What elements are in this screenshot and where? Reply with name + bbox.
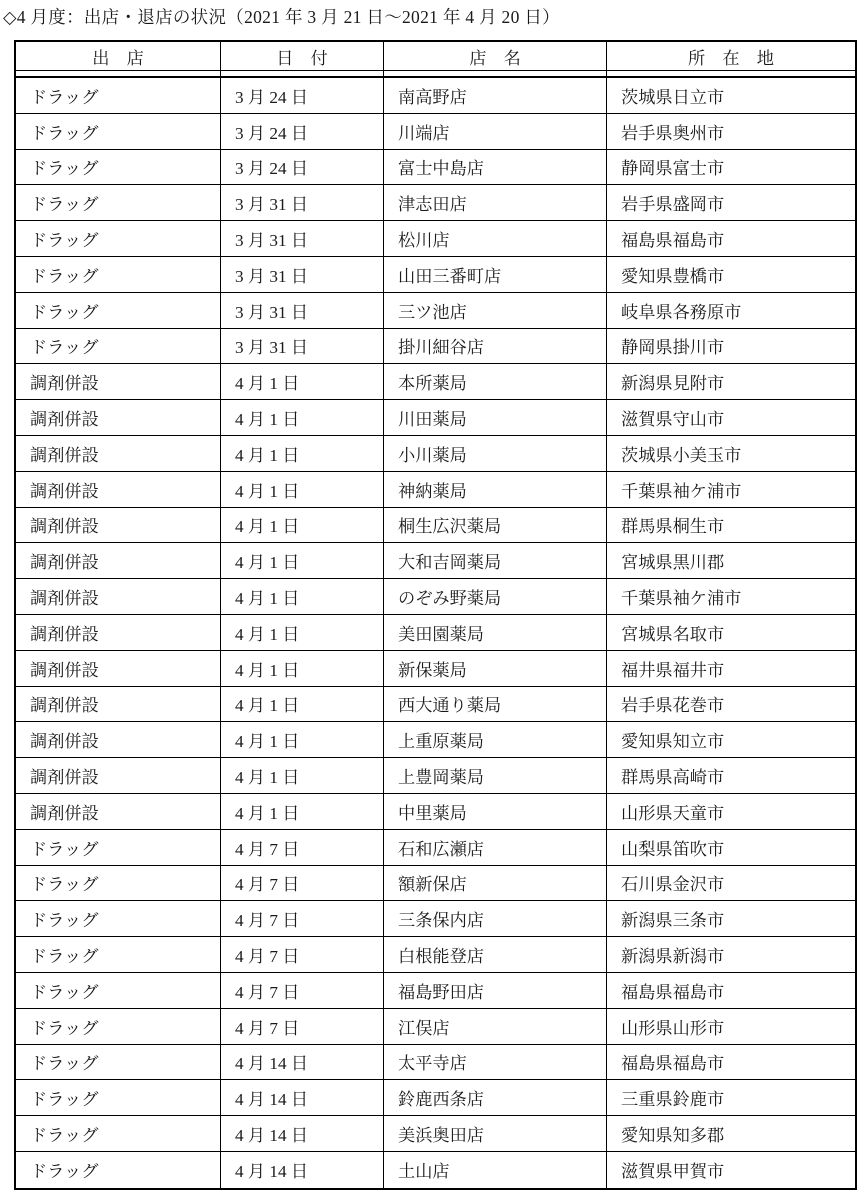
cell-date: 4 月 1 日	[221, 436, 384, 471]
cell-store-type: 調剤併設	[16, 687, 221, 722]
table-row: ドラッグ 4 月 7 日 石和広瀬店 山梨県笛吹市	[16, 830, 855, 866]
cell-store-type: 調剤併設	[16, 364, 221, 399]
table-row: ドラッグ 4 月 7 日 江俣店 山形県山形市	[16, 1009, 855, 1045]
cell-store-name: 大和吉岡薬局	[384, 543, 607, 578]
table-row: ドラッグ 3 月 31 日 松川店 福島県福島市	[16, 221, 855, 257]
table-row: 調剤併設 4 月 1 日 桐生広沢薬局 群馬県桐生市	[16, 508, 855, 544]
cell-date: 4 月 1 日	[221, 364, 384, 399]
cell-store-type: ドラッグ	[16, 830, 221, 865]
column-header-date: 日 付	[221, 42, 384, 70]
cell-location: 山形県山形市	[607, 1009, 855, 1044]
table-row: 調剤併設 4 月 1 日 西大通り薬局 岩手県花巻市	[16, 687, 855, 723]
cell-store-name: 石和広瀬店	[384, 830, 607, 865]
table-row: 調剤併設 4 月 1 日 上豊岡薬局 群馬県高崎市	[16, 758, 855, 794]
cell-date: 4 月 1 日	[221, 615, 384, 650]
cell-location: 岐阜県各務原市	[607, 293, 855, 328]
cell-store-name: 白根能登店	[384, 937, 607, 972]
table-row: 調剤併設 4 月 1 日 のぞみ野薬局 千葉県袖ケ浦市	[16, 579, 855, 615]
cell-store-name: 太平寺店	[384, 1045, 607, 1080]
cell-date: 4 月 1 日	[221, 508, 384, 543]
cell-date: 4 月 1 日	[221, 687, 384, 722]
cell-store-type: ドラッグ	[16, 1152, 221, 1188]
cell-store-type: 調剤併設	[16, 400, 221, 435]
cell-store-name: 南高野店	[384, 78, 607, 113]
table-row: ドラッグ 3 月 31 日 山田三番町店 愛知県豊橋市	[16, 257, 855, 293]
cell-date: 4 月 7 日	[221, 937, 384, 972]
table-row: ドラッグ 4 月 7 日 白根能登店 新潟県新潟市	[16, 937, 855, 973]
cell-location: 滋賀県守山市	[607, 400, 855, 435]
cell-store-type: 調剤併設	[16, 615, 221, 650]
cell-date: 3 月 31 日	[221, 293, 384, 328]
cell-store-name: 神納薬局	[384, 472, 607, 507]
cell-store-type: 調剤併設	[16, 579, 221, 614]
cell-date: 4 月 14 日	[221, 1045, 384, 1080]
table-row: ドラッグ 4 月 14 日 土山店 滋賀県甲賀市	[16, 1152, 855, 1188]
cell-location: 岩手県奥州市	[607, 114, 855, 149]
cell-store-type: ドラッグ	[16, 150, 221, 185]
cell-store-type: ドラッグ	[16, 1045, 221, 1080]
cell-date: 4 月 1 日	[221, 794, 384, 829]
table-row: 調剤併設 4 月 1 日 川田薬局 滋賀県守山市	[16, 400, 855, 436]
cell-store-name: 山田三番町店	[384, 257, 607, 292]
cell-store-name: 掛川細谷店	[384, 329, 607, 364]
cell-store-type: 調剤併設	[16, 794, 221, 829]
cell-store-type: ドラッグ	[16, 114, 221, 149]
table-row: 調剤併設 4 月 1 日 小川薬局 茨城県小美玉市	[16, 436, 855, 472]
table-row: ドラッグ 3 月 24 日 南高野店 茨城県日立市	[16, 78, 855, 114]
cell-date: 4 月 7 日	[221, 901, 384, 936]
header-separator-rule	[16, 71, 855, 78]
table-row: 調剤併設 4 月 1 日 新保薬局 福井県福井市	[16, 651, 855, 687]
cell-date: 4 月 1 日	[221, 400, 384, 435]
cell-location: 宮城県名取市	[607, 615, 855, 650]
cell-store-type: ドラッグ	[16, 901, 221, 936]
cell-location: 愛知県知立市	[607, 722, 855, 757]
table-body: ドラッグ 3 月 24 日 南高野店 茨城県日立市 ドラッグ 3 月 24 日 …	[16, 78, 855, 1188]
column-header-location: 所 在 地	[607, 42, 855, 70]
cell-store-type: ドラッグ	[16, 866, 221, 901]
cell-store-type: 調剤併設	[16, 651, 221, 686]
cell-date: 4 月 1 日	[221, 651, 384, 686]
cell-store-name: 土山店	[384, 1152, 607, 1188]
cell-store-name: 松川店	[384, 221, 607, 256]
cell-date: 3 月 31 日	[221, 221, 384, 256]
cell-store-type: 調剤併設	[16, 436, 221, 471]
cell-location: 岩手県花巻市	[607, 687, 855, 722]
openings-table: 出 店 日 付 店 名 所 在 地 ドラッグ 3 月 24 日 南高野店 茨城県…	[14, 40, 857, 1190]
table-row: ドラッグ 3 月 24 日 川端店 岩手県奥州市	[16, 114, 855, 150]
cell-date: 3 月 31 日	[221, 185, 384, 220]
cell-date: 4 月 7 日	[221, 973, 384, 1008]
cell-store-name: 上重原薬局	[384, 722, 607, 757]
cell-date: 4 月 1 日	[221, 579, 384, 614]
cell-date: 4 月 1 日	[221, 472, 384, 507]
table-row: 調剤併設 4 月 1 日 中里薬局 山形県天童市	[16, 794, 855, 830]
cell-location: 福井県福井市	[607, 651, 855, 686]
cell-location: 静岡県富士市	[607, 150, 855, 185]
cell-location: 千葉県袖ケ浦市	[607, 579, 855, 614]
cell-store-type: ドラッグ	[16, 1116, 221, 1151]
table-row: 調剤併設 4 月 1 日 大和吉岡薬局 宮城県黒川郡	[16, 543, 855, 579]
cell-date: 4 月 14 日	[221, 1116, 384, 1151]
cell-store-type: ドラッグ	[16, 1009, 221, 1044]
table-header-row: 出 店 日 付 店 名 所 在 地	[16, 42, 855, 71]
cell-date: 3 月 31 日	[221, 329, 384, 364]
table-row: ドラッグ 4 月 7 日 福島野田店 福島県福島市	[16, 973, 855, 1009]
cell-date: 4 月 7 日	[221, 1009, 384, 1044]
table-row: 調剤併設 4 月 1 日 神納薬局 千葉県袖ケ浦市	[16, 472, 855, 508]
cell-location: 福島県福島市	[607, 221, 855, 256]
cell-store-type: 調剤併設	[16, 543, 221, 578]
cell-store-name: のぞみ野薬局	[384, 579, 607, 614]
cell-store-name: 富士中島店	[384, 150, 607, 185]
cell-store-type: ドラッグ	[16, 329, 221, 364]
cell-location: 千葉県袖ケ浦市	[607, 472, 855, 507]
cell-date: 4 月 1 日	[221, 722, 384, 757]
cell-date: 3 月 24 日	[221, 150, 384, 185]
cell-location: 新潟県見附市	[607, 364, 855, 399]
cell-location: 宮城県黒川郡	[607, 543, 855, 578]
cell-location: 福島県福島市	[607, 1045, 855, 1080]
table-row: ドラッグ 4 月 14 日 鈴鹿西条店 三重県鈴鹿市	[16, 1080, 855, 1116]
cell-location: 福島県福島市	[607, 973, 855, 1008]
cell-store-name: 西大通り薬局	[384, 687, 607, 722]
cell-store-type: ドラッグ	[16, 257, 221, 292]
cell-store-name: 川端店	[384, 114, 607, 149]
cell-store-type: 調剤併設	[16, 508, 221, 543]
cell-store-name: 本所薬局	[384, 364, 607, 399]
cell-date: 3 月 24 日	[221, 114, 384, 149]
cell-location: 新潟県新潟市	[607, 937, 855, 972]
cell-store-name: 額新保店	[384, 866, 607, 901]
cell-store-name: 三ツ池店	[384, 293, 607, 328]
cell-location: 群馬県桐生市	[607, 508, 855, 543]
cell-store-name: 三条保内店	[384, 901, 607, 936]
cell-date: 4 月 1 日	[221, 543, 384, 578]
cell-store-name: 小川薬局	[384, 436, 607, 471]
cell-store-name: 美田園薬局	[384, 615, 607, 650]
table-row: 調剤併設 4 月 1 日 美田園薬局 宮城県名取市	[16, 615, 855, 651]
cell-location: 滋賀県甲賀市	[607, 1152, 855, 1188]
cell-store-type: ドラッグ	[16, 937, 221, 972]
cell-location: 静岡県掛川市	[607, 329, 855, 364]
table-row: ドラッグ 4 月 14 日 美浜奥田店 愛知県知多郡	[16, 1116, 855, 1152]
cell-location: 石川県金沢市	[607, 866, 855, 901]
cell-store-type: ドラッグ	[16, 973, 221, 1008]
cell-store-type: ドラッグ	[16, 185, 221, 220]
column-header-name: 店 名	[384, 42, 607, 70]
cell-date: 4 月 14 日	[221, 1080, 384, 1115]
cell-store-name: 江俣店	[384, 1009, 607, 1044]
table-row: ドラッグ 3 月 31 日 三ツ池店 岐阜県各務原市	[16, 293, 855, 329]
cell-location: 愛知県知多郡	[607, 1116, 855, 1151]
cell-store-name: 川田薬局	[384, 400, 607, 435]
cell-location: 新潟県三条市	[607, 901, 855, 936]
cell-date: 4 月 1 日	[221, 758, 384, 793]
table-row: ドラッグ 3 月 31 日 掛川細谷店 静岡県掛川市	[16, 329, 855, 365]
table-row: ドラッグ 3 月 31 日 津志田店 岩手県盛岡市	[16, 185, 855, 221]
cell-location: 三重県鈴鹿市	[607, 1080, 855, 1115]
table-row: ドラッグ 4 月 7 日 額新保店 石川県金沢市	[16, 866, 855, 902]
table-row: 調剤併設 4 月 1 日 上重原薬局 愛知県知立市	[16, 722, 855, 758]
cell-store-type: ドラッグ	[16, 1080, 221, 1115]
cell-store-name: 新保薬局	[384, 651, 607, 686]
cell-store-type: ドラッグ	[16, 78, 221, 113]
cell-date: 4 月 7 日	[221, 866, 384, 901]
page-title: ◇4 月度：出店・退店の状況（2021 年 3 月 21 日～2021 年 4 …	[3, 4, 560, 29]
cell-location: 群馬県高崎市	[607, 758, 855, 793]
cell-store-name: 福島野田店	[384, 973, 607, 1008]
cell-store-name: 津志田店	[384, 185, 607, 220]
cell-location: 山形県天童市	[607, 794, 855, 829]
table-row: 調剤併設 4 月 1 日 本所薬局 新潟県見附市	[16, 364, 855, 400]
cell-store-type: 調剤併設	[16, 472, 221, 507]
cell-location: 山梨県笛吹市	[607, 830, 855, 865]
document-page: ◇4 月度：出店・退店の状況（2021 年 3 月 21 日～2021 年 4 …	[0, 0, 867, 1200]
cell-store-name: 中里薬局	[384, 794, 607, 829]
cell-store-name: 桐生広沢薬局	[384, 508, 607, 543]
cell-date: 4 月 7 日	[221, 830, 384, 865]
cell-date: 4 月 14 日	[221, 1152, 384, 1188]
cell-location: 愛知県豊橋市	[607, 257, 855, 292]
table-row: ドラッグ 4 月 7 日 三条保内店 新潟県三条市	[16, 901, 855, 937]
cell-store-type: ドラッグ	[16, 293, 221, 328]
cell-store-name: 美浜奥田店	[384, 1116, 607, 1151]
cell-store-name: 鈴鹿西条店	[384, 1080, 607, 1115]
column-header-type: 出 店	[16, 42, 221, 70]
cell-date: 3 月 24 日	[221, 78, 384, 113]
cell-store-type: 調剤併設	[16, 722, 221, 757]
table-row: ドラッグ 3 月 24 日 富士中島店 静岡県富士市	[16, 150, 855, 186]
cell-date: 3 月 31 日	[221, 257, 384, 292]
cell-store-type: ドラッグ	[16, 221, 221, 256]
table-row: ドラッグ 4 月 14 日 太平寺店 福島県福島市	[16, 1045, 855, 1081]
cell-location: 茨城県小美玉市	[607, 436, 855, 471]
cell-store-type: 調剤併設	[16, 758, 221, 793]
cell-location: 岩手県盛岡市	[607, 185, 855, 220]
cell-store-name: 上豊岡薬局	[384, 758, 607, 793]
cell-location: 茨城県日立市	[607, 78, 855, 113]
